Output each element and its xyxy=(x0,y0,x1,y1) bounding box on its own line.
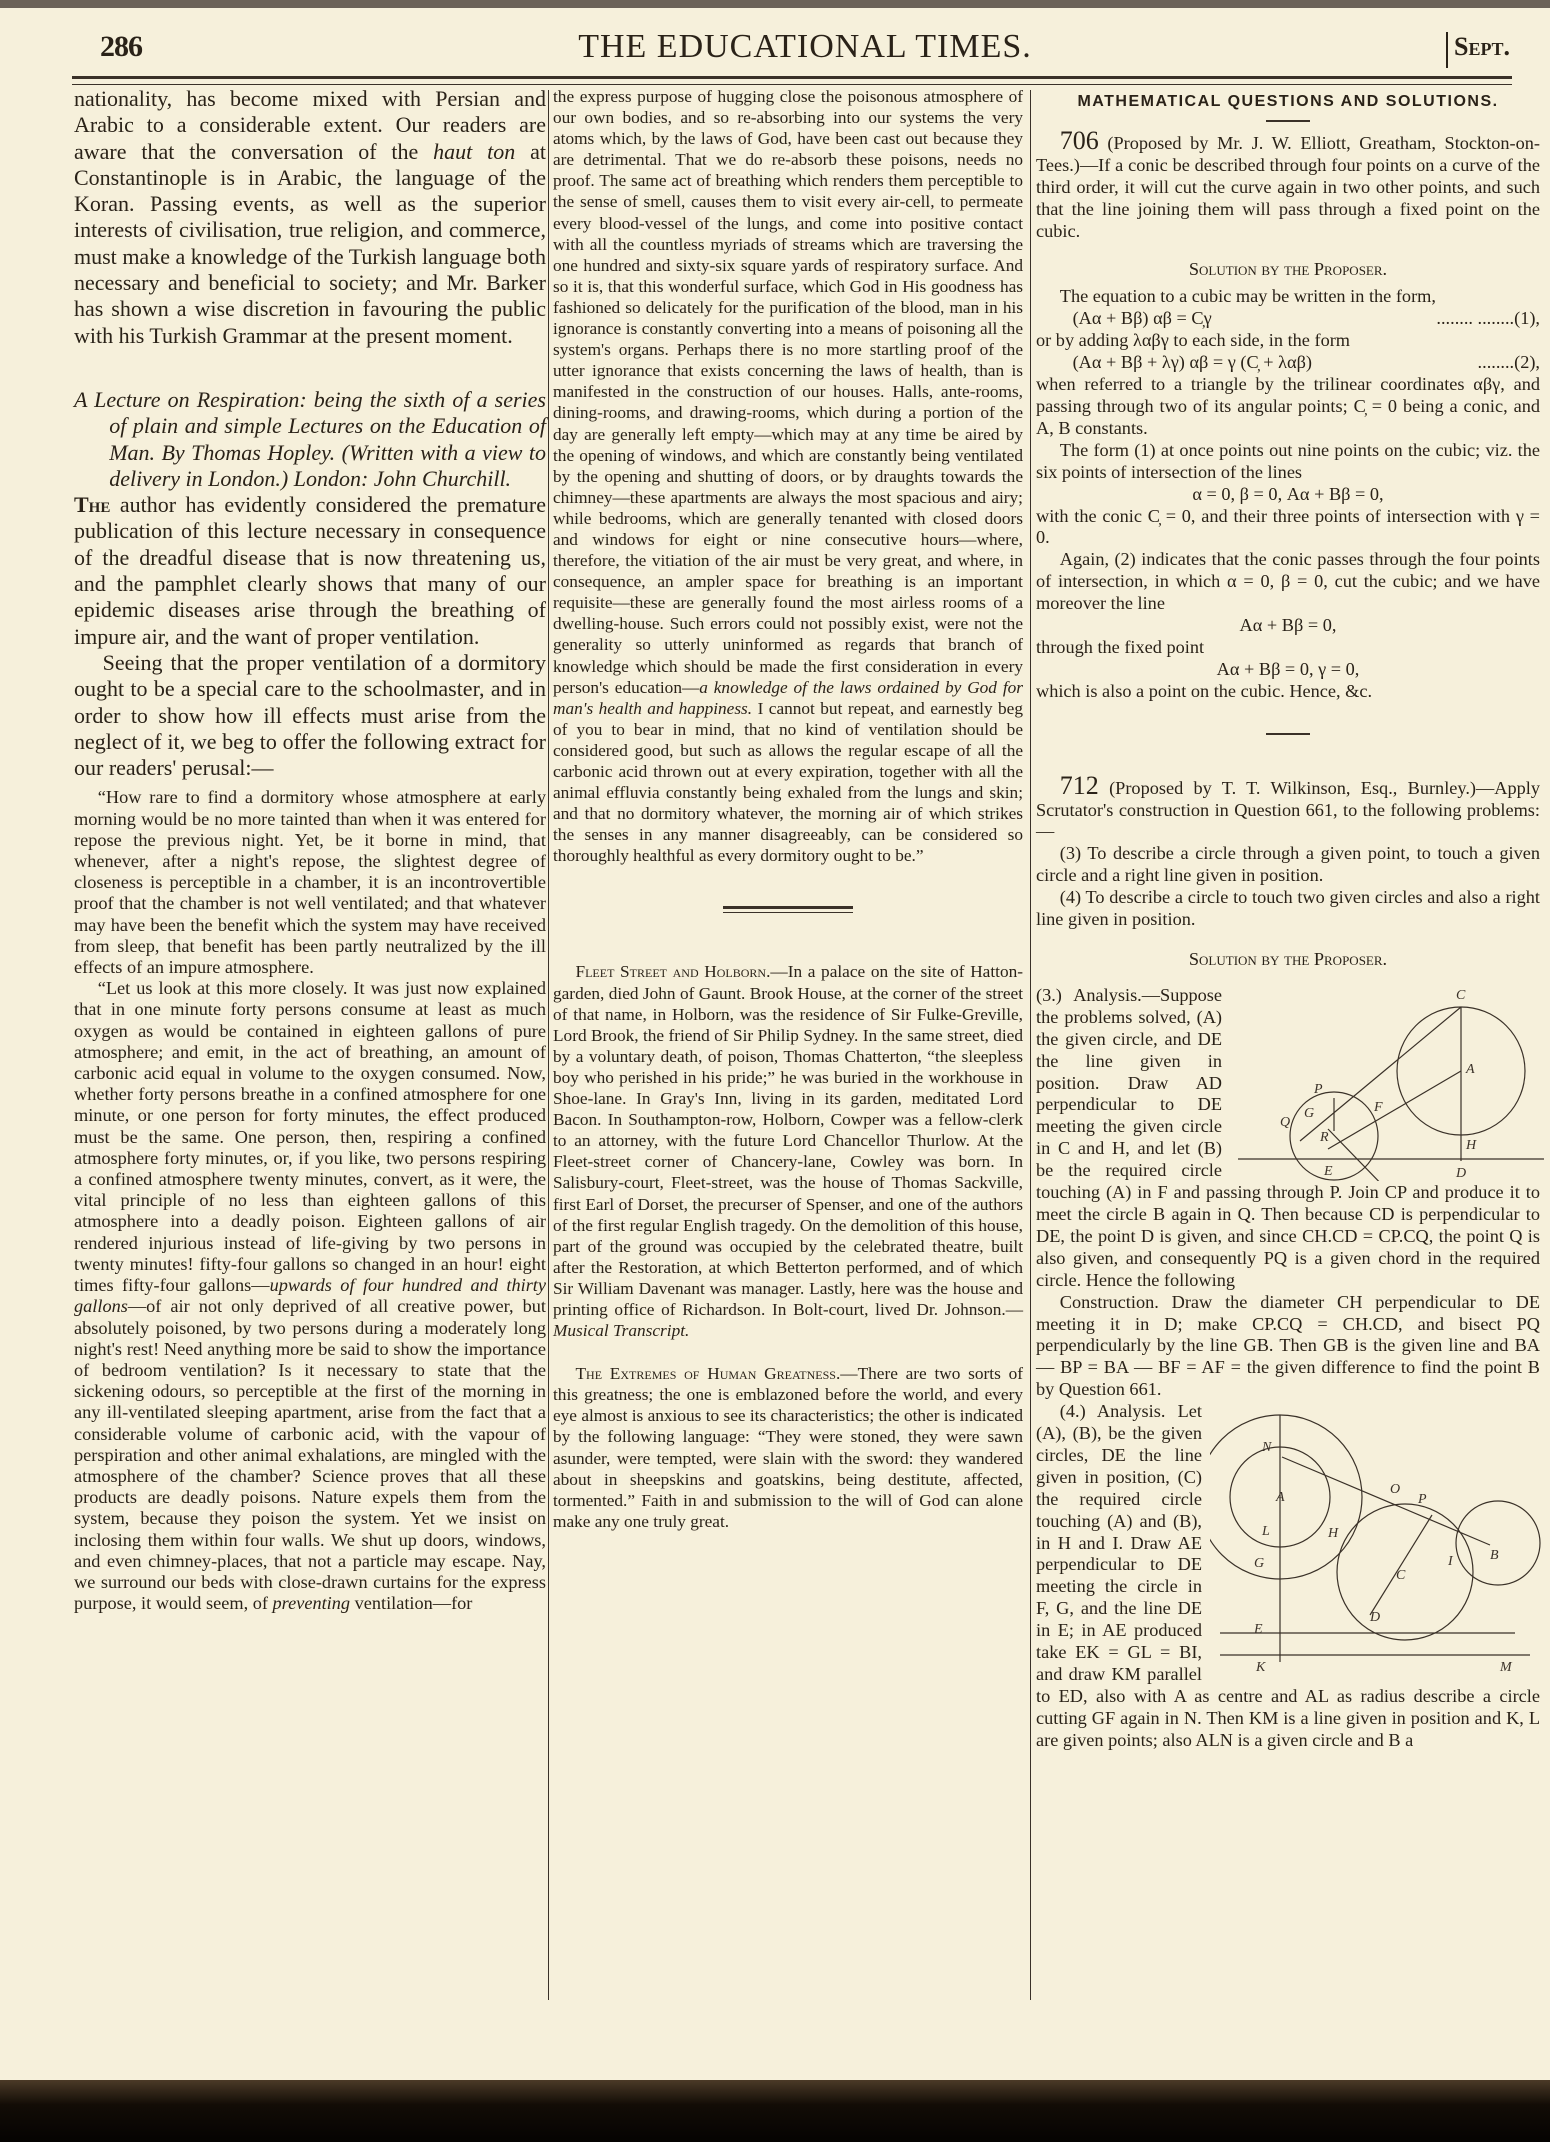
scan-top-edge xyxy=(0,0,1550,8)
solution-text: Again, (2) indicates that the conic pass… xyxy=(1036,549,1540,615)
solution-text: when referred to a triangle by the trili… xyxy=(1036,374,1540,440)
publication-title: THE EDUCATIONAL TIMES. xyxy=(100,28,1510,66)
turkish-grammar-review-end: nationality, has become mixed with Persi… xyxy=(74,86,546,349)
scan-bottom-edge xyxy=(0,2080,1550,2142)
equation-4: Aα + Bβ = 0, xyxy=(1036,615,1540,637)
short-rule xyxy=(1266,120,1310,122)
review-paragraph-1: The author has evidently considered the … xyxy=(74,492,546,650)
question-712: 712 (Proposed by T. T. Wilkinson, Esq., … xyxy=(1036,775,1540,844)
issue-month: Sept. xyxy=(1454,32,1510,62)
review-paragraph-2: Seeing that the proper ventilation of a … xyxy=(74,650,546,781)
svg-text:L: L xyxy=(1261,1524,1270,1539)
svg-text:N: N xyxy=(1261,1440,1272,1455)
svg-text:C: C xyxy=(1456,988,1466,1003)
math-section-heading: MATHEMATICAL QUESTIONS AND SOLUTIONS. xyxy=(1036,92,1540,112)
column-divider-2 xyxy=(1030,90,1031,2000)
extract-paragraph-1: “How rare to find a dormitory whose atmo… xyxy=(74,787,546,978)
section-separator xyxy=(723,906,853,913)
newspaper-page: 286 THE EDUCATIONAL TIMES. Sept. nationa… xyxy=(0,0,1550,2080)
svg-text:D: D xyxy=(1369,1610,1380,1625)
solution-text: through the fixed point xyxy=(1036,637,1540,659)
equation-3: α = 0, β = 0, Aα + Bβ = 0, xyxy=(1036,484,1540,506)
solution-text: with the conic C̦ = 0, and their three p… xyxy=(1036,506,1540,550)
equation-1: (Aα + Bβ) αβ = C̦γ........ ........(1), xyxy=(1036,308,1540,330)
solution-text: which is also a point on the cubic. Henc… xyxy=(1036,681,1540,703)
column-divider-1 xyxy=(548,90,549,2000)
column-middle: the express purpose of hugging close the… xyxy=(553,86,1023,1532)
column-left: nationality, has become mixed with Persi… xyxy=(74,86,546,1614)
fleet-street-heading: Fleet Street and Holborn. xyxy=(575,962,770,981)
solution-text: or by adding λαβγ to each side, in the f… xyxy=(1036,330,1540,352)
svg-text:H: H xyxy=(1327,1526,1339,1541)
construction-3: Construction. Draw the diameter CH perpe… xyxy=(1036,1292,1540,1402)
extract-continuation: the express purpose of hugging close the… xyxy=(553,86,1023,866)
problem-3: (3) To describe a circle through a given… xyxy=(1036,843,1540,887)
svg-text:K: K xyxy=(1255,1660,1266,1675)
svg-text:H: H xyxy=(1465,1138,1477,1153)
solution-text: The equation to a cubic may be written i… xyxy=(1036,286,1540,308)
column-right: MATHEMATICAL QUESTIONS AND SOLUTIONS. 70… xyxy=(1036,86,1540,1752)
equation-2: (Aα + Bβ + λγ) αβ = γ (C̦ + λαβ)........… xyxy=(1036,352,1540,374)
svg-text:R: R xyxy=(1319,1130,1329,1145)
svg-text:B: B xyxy=(1490,1548,1499,1563)
extremes-article: The Extremes of Human Greatness.—There a… xyxy=(553,1363,1023,1532)
question-number: 712 xyxy=(1060,771,1099,800)
page-header: 286 THE EDUCATIONAL TIMES. Sept. xyxy=(100,28,1510,72)
svg-text:G: G xyxy=(1254,1556,1264,1571)
equation-5: Aα + Bβ = 0, γ = 0, xyxy=(1036,659,1540,681)
svg-text:F: F xyxy=(1373,1100,1383,1115)
solution-heading-712: Solution by the Proposer. xyxy=(1036,949,1540,971)
short-rule xyxy=(1266,733,1310,735)
problem-4: (4) To describe a circle to touch two gi… xyxy=(1036,887,1540,931)
svg-text:G: G xyxy=(1304,1106,1314,1121)
svg-text:M: M xyxy=(1499,1660,1513,1675)
geometry-figure-2: NAOP LHBI GCDE KM xyxy=(1210,1407,1550,1677)
question-706: 706 (Proposed by Mr. J. W. Elliott, Grea… xyxy=(1036,130,1540,243)
question-number: 706 xyxy=(1060,126,1099,155)
svg-text:Q: Q xyxy=(1280,1115,1290,1130)
svg-text:O: O xyxy=(1390,1482,1400,1497)
svg-text:I: I xyxy=(1447,1554,1454,1569)
extract-paragraph-2: “Let us look at this more closely. It wa… xyxy=(74,978,546,1614)
header-rule xyxy=(72,76,1512,85)
svg-text:E: E xyxy=(1253,1622,1263,1637)
fleet-street-article: Fleet Street and Holborn.—In a palace on… xyxy=(553,961,1023,1341)
svg-text:P: P xyxy=(1313,1082,1323,1097)
svg-text:A: A xyxy=(1275,1490,1285,1505)
solution-heading-706: Solution by the Proposer. xyxy=(1036,259,1540,281)
svg-text:C: C xyxy=(1396,1568,1406,1583)
svg-text:E: E xyxy=(1323,1164,1333,1179)
svg-text:D: D xyxy=(1455,1166,1466,1181)
extremes-heading: The Extremes of Human Greatness. xyxy=(575,1364,840,1383)
geometry-figure-1: CAPF QGRH ED xyxy=(1228,981,1548,1181)
svg-text:P: P xyxy=(1417,1492,1427,1507)
review-title: A Lecture on Respiration: being the sixt… xyxy=(74,387,546,492)
solution-text: The form (1) at once points out nine poi… xyxy=(1036,440,1540,484)
svg-text:A: A xyxy=(1465,1062,1475,1077)
review-extract: “How rare to find a dormitory whose atmo… xyxy=(74,787,546,1614)
